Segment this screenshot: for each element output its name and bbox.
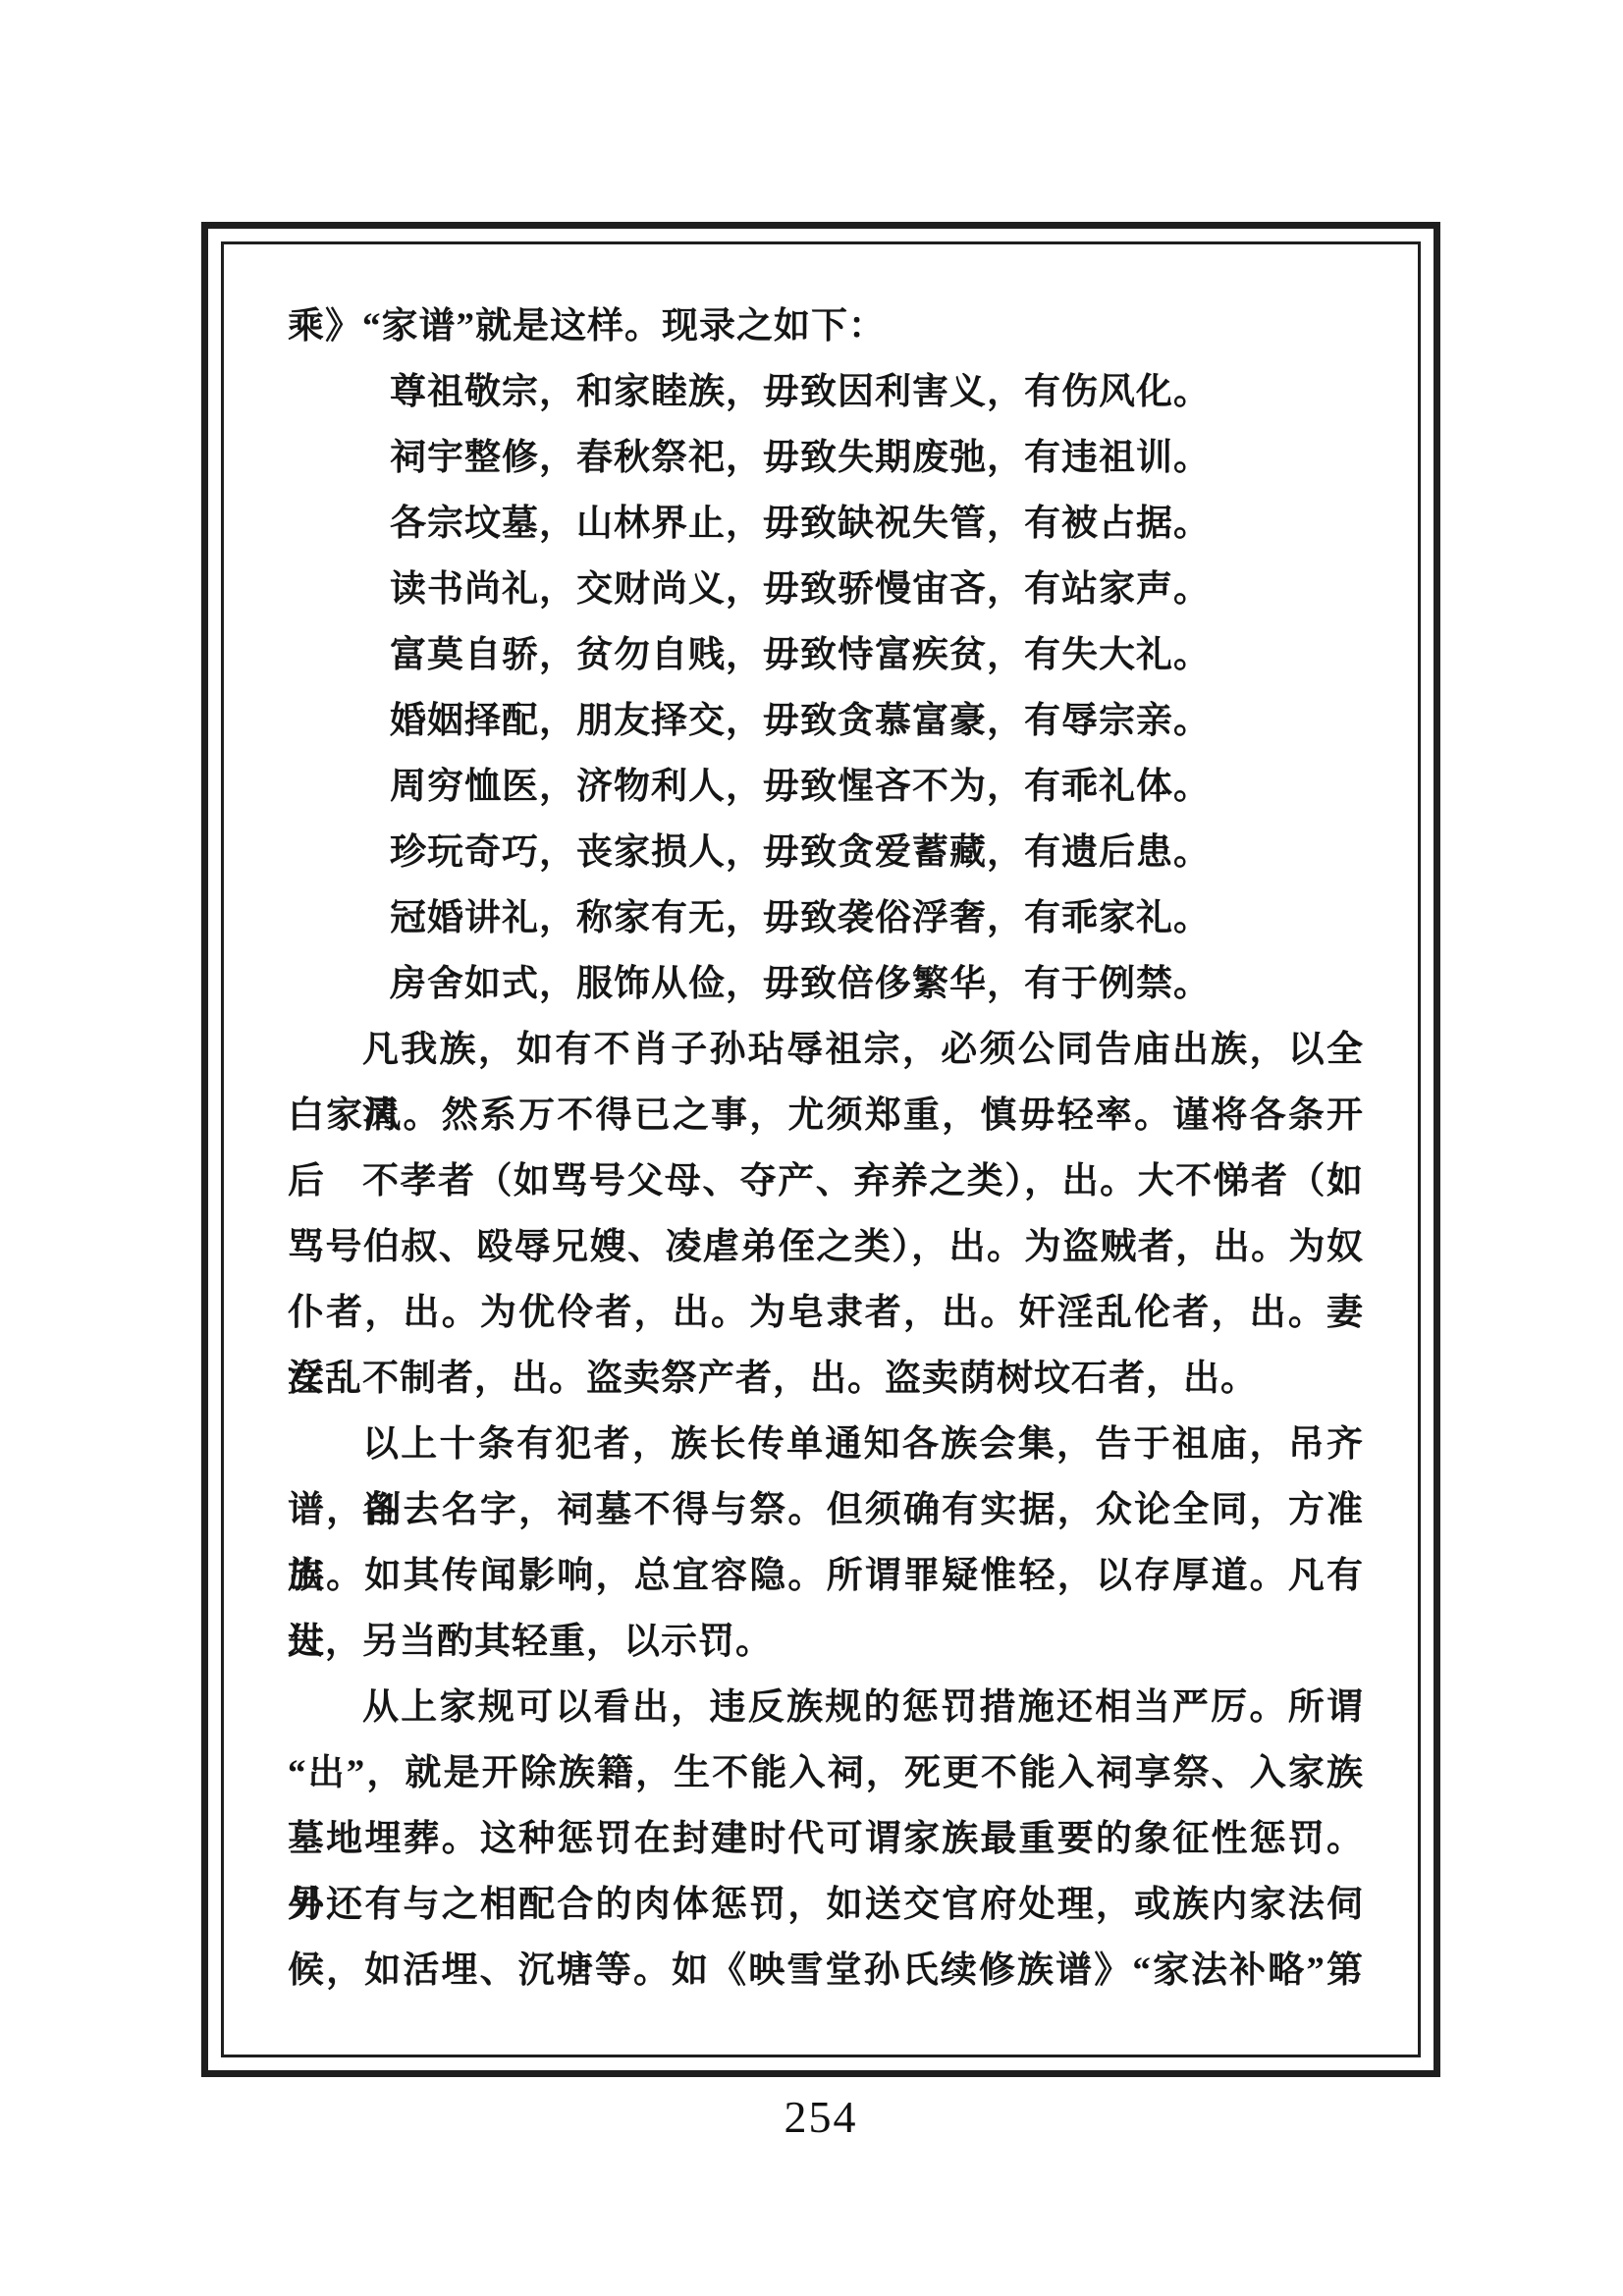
text-line: 祠宇整修，春秋祭祀，毋致失期废弛，有违祖训。 — [390, 425, 1364, 491]
text-line: 婚姻择配，朋友择交，毋致贪慕富豪，有辱宗亲。 — [390, 688, 1364, 754]
text-line: 房舍如式，服饰从俭，毋致倍侈繁华，有于例禁。 — [390, 951, 1364, 1017]
text-line: 各宗坟墓，山林界止，毋致缺祝失管，有被占据。 — [390, 491, 1364, 557]
outer-border-frame: 乘》“家谱”就是这样。现录之如下：尊祖敬宗，和家睦族，毋致因利害义，有伤风化。祠… — [201, 222, 1440, 2077]
book-page: 乘》“家谱”就是这样。现录之如下：尊祖敬宗，和家睦族，毋致因利害义，有伤风化。祠… — [0, 0, 1623, 2296]
text-line: 淫乱不制者，出。盗卖祭产者，出。盗卖荫树坟石者，出。 — [288, 1346, 1364, 1412]
text-line: 尊祖敬宗，和家睦族，毋致因利害义，有伤风化。 — [390, 359, 1364, 425]
text-line: 乘》“家谱”就是这样。现录之如下： — [288, 294, 1364, 359]
text-line: 从上家规可以看出，违反族规的惩罚措施还相当严厉。所谓 — [362, 1675, 1364, 1740]
text-line: 外还有与之相配合的肉体惩罚，如送交官府处理，或族内家法伺 — [288, 1872, 1364, 1938]
text-line: 墓地埋葬。这种惩罚在封建时代可谓家族最重要的象征性惩罚。另 — [288, 1806, 1364, 1872]
text-line: “出”，就是开除族籍，生不能入祠，死更不能入祠享祭、入家族 — [288, 1740, 1364, 1806]
text-line: 珍玩奇巧，丧家损人，毋致贪爱蓄藏，有遗后患。 — [390, 820, 1364, 885]
text-line: 不孝者（如骂号父母、夺产、弃养之类），出。大不悌者（如 — [362, 1148, 1364, 1214]
text-line: 候，如活埋、沉塘等。如《映雪堂孙氏续修族谱》“家法补略”第 — [288, 1938, 1364, 2003]
text-line: 白家风。然系万不得已之事，尤须郑重，慎毋轻率。谨将各条开后： — [288, 1083, 1364, 1148]
text-line: 周穷恤医，济物利人，毋致惺吝不为，有乖礼体。 — [390, 754, 1364, 820]
page-number: 254 — [201, 2091, 1440, 2143]
text-line: 族。如其传闻影响，总宜容隐。所谓罪疑惟轻，以存厚道。凡有过 — [288, 1543, 1364, 1609]
text-block: 乘》“家谱”就是这样。现录之如下：尊祖敬宗，和家睦族，毋致因利害义，有伤风化。祠… — [288, 294, 1364, 2025]
inner-border-frame: 乘》“家谱”就是这样。现录之如下：尊祖敬宗，和家睦族，毋致因利害义，有伤风化。祠… — [221, 241, 1421, 2057]
text-line: 骂号伯叔、殴辱兄嫂、凌虐弟侄之类），出。为盗贼者，出。为奴 — [288, 1214, 1364, 1280]
text-line: 失，另当酌其轻重，以示罚。 — [288, 1609, 1364, 1675]
text-line: 以上十条有犯者，族长传单通知各族会集，告于祖庙，吊齐各 — [362, 1412, 1364, 1477]
text-line: 读书尚礼，交财尚义，毋致骄慢宙吝，有站家声。 — [390, 557, 1364, 622]
text-line: 富莫自骄，贫勿自贱，毋致恃富疾贫，有失大礼。 — [390, 622, 1364, 688]
text-line: 凡我族，如有不肖子孙玷辱祖宗，必须公同告庙出族，以全清 — [362, 1017, 1364, 1083]
text-line: 谱，削去名字，祠墓不得与祭。但须确有实据，众论全同，方准出 — [288, 1477, 1364, 1543]
text-line: 冠婚讲礼，称家有无，毋致袭俗浮奢，有乖家礼。 — [390, 885, 1364, 951]
text-line: 仆者，出。为优伶者，出。为皂隶者，出。奸淫乱伦者，出。妻女 — [288, 1280, 1364, 1346]
